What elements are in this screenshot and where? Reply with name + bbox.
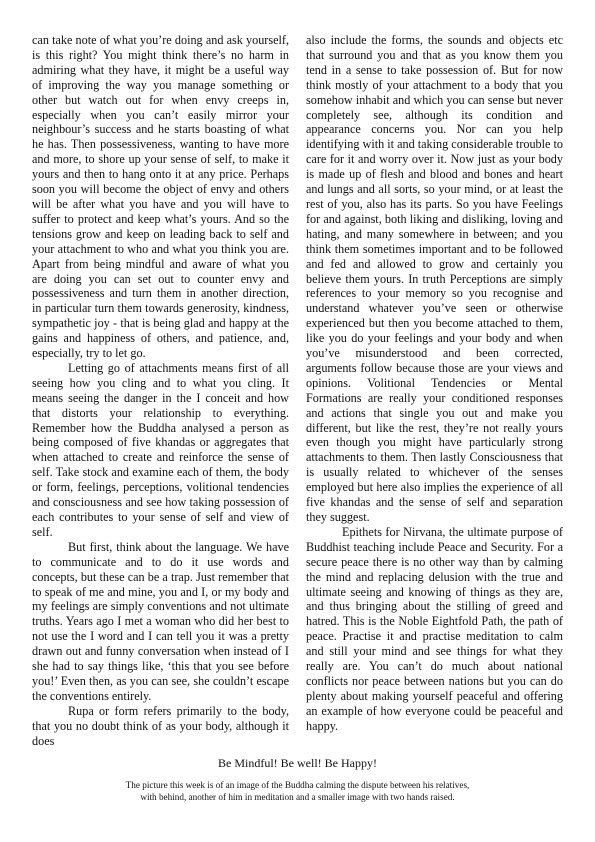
picture-caption: The picture this week is of an image of … (80, 780, 515, 803)
paragraph: also include the forms, the sounds and o… (306, 33, 563, 525)
footer-motto: Be Mindful! Be well! Be Happy! (0, 756, 595, 771)
caption-line: with behind, another of him in meditatio… (80, 792, 515, 804)
paragraph: Rupa or form refers primarily to the bod… (32, 704, 289, 749)
paragraph: Letting go of attachments means first of… (32, 361, 289, 540)
left-column: can take note of what you’re doing and a… (32, 33, 289, 749)
document-page: can take note of what you’re doing and a… (0, 0, 595, 842)
paragraph: But first, think about the language. We … (32, 540, 289, 704)
paragraph: Epithets for Nirvana, the ultimate purpo… (306, 525, 563, 734)
paragraph: can take note of what you’re doing and a… (32, 33, 289, 361)
caption-line: The picture this week is of an image of … (80, 780, 515, 792)
right-column: also include the forms, the sounds and o… (306, 33, 563, 734)
